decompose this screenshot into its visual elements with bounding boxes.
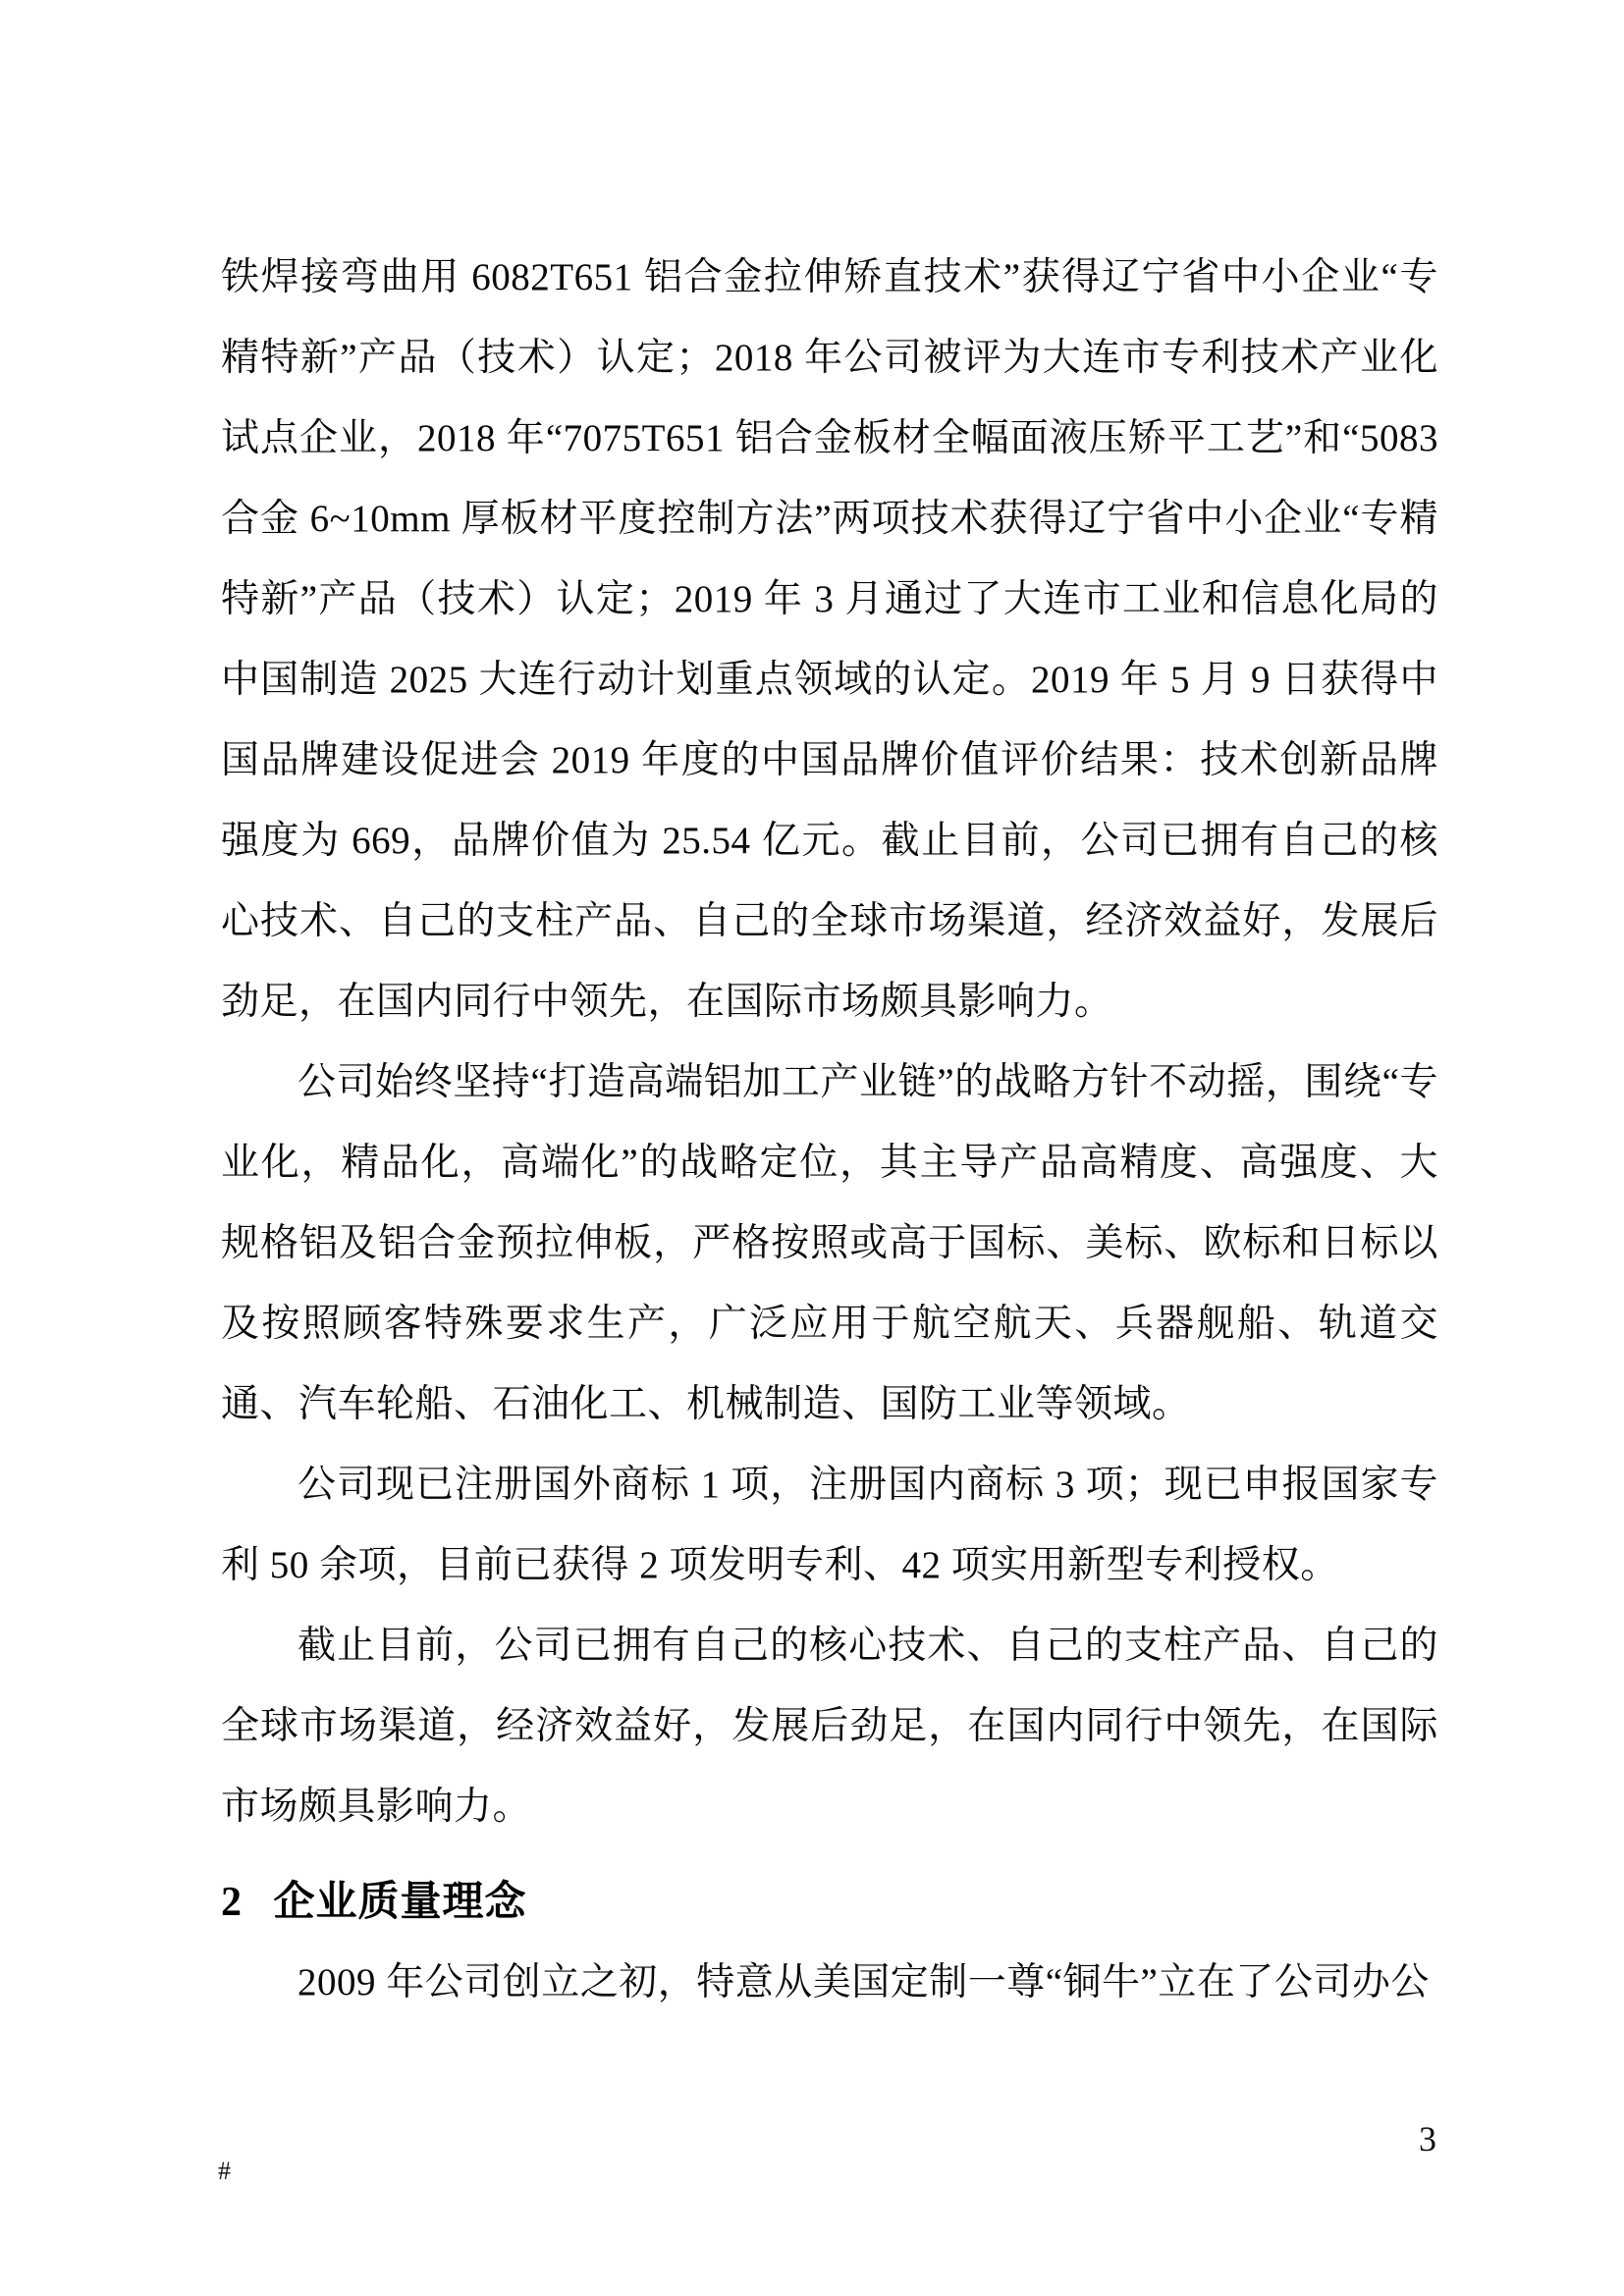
- section-heading-number: 2: [221, 1880, 243, 1925]
- document-page: 铁焊接弯曲用 6082T651 铝合金拉伸矫直技术”获得辽宁省中小企业“专精特新…: [0, 0, 1624, 2296]
- paragraph-current-status: 截止目前，公司已拥有自己的核心技术、自己的支柱产品、自己的全球市场渠道，经济效益…: [221, 1606, 1438, 1847]
- paragraph-bronze-bull: 2009 年公司创立之初，特意从美国定制一尊“铜牛”立在了公司办公: [221, 1943, 1438, 2023]
- paragraph-trademarks-patents: 公司现已注册国外商标 1 项，注册国内商标 3 项；现已申报国家专利 50 余项…: [221, 1445, 1438, 1606]
- page-content: 铁焊接弯曲用 6082T651 铝合金拉伸矫直技术”获得辽宁省中小企业“专精特新…: [221, 238, 1438, 2023]
- footnote-separator-marker: #: [218, 2158, 231, 2186]
- paragraph-strategy: 公司始终坚持“打造高端铝加工产业链”的战略方针不动摇，围绕“专业化，精品化，高端…: [221, 1042, 1438, 1445]
- paragraph-company-honors: 铁焊接弯曲用 6082T651 铝合金拉伸矫直技术”获得辽宁省中小企业“专精特新…: [221, 238, 1438, 1042]
- section-heading-quality-philosophy: 2企业质量理念: [221, 1861, 1438, 1943]
- section-heading-title: 企业质量理念: [274, 1878, 527, 1924]
- page-number: 3: [1419, 2118, 1436, 2161]
